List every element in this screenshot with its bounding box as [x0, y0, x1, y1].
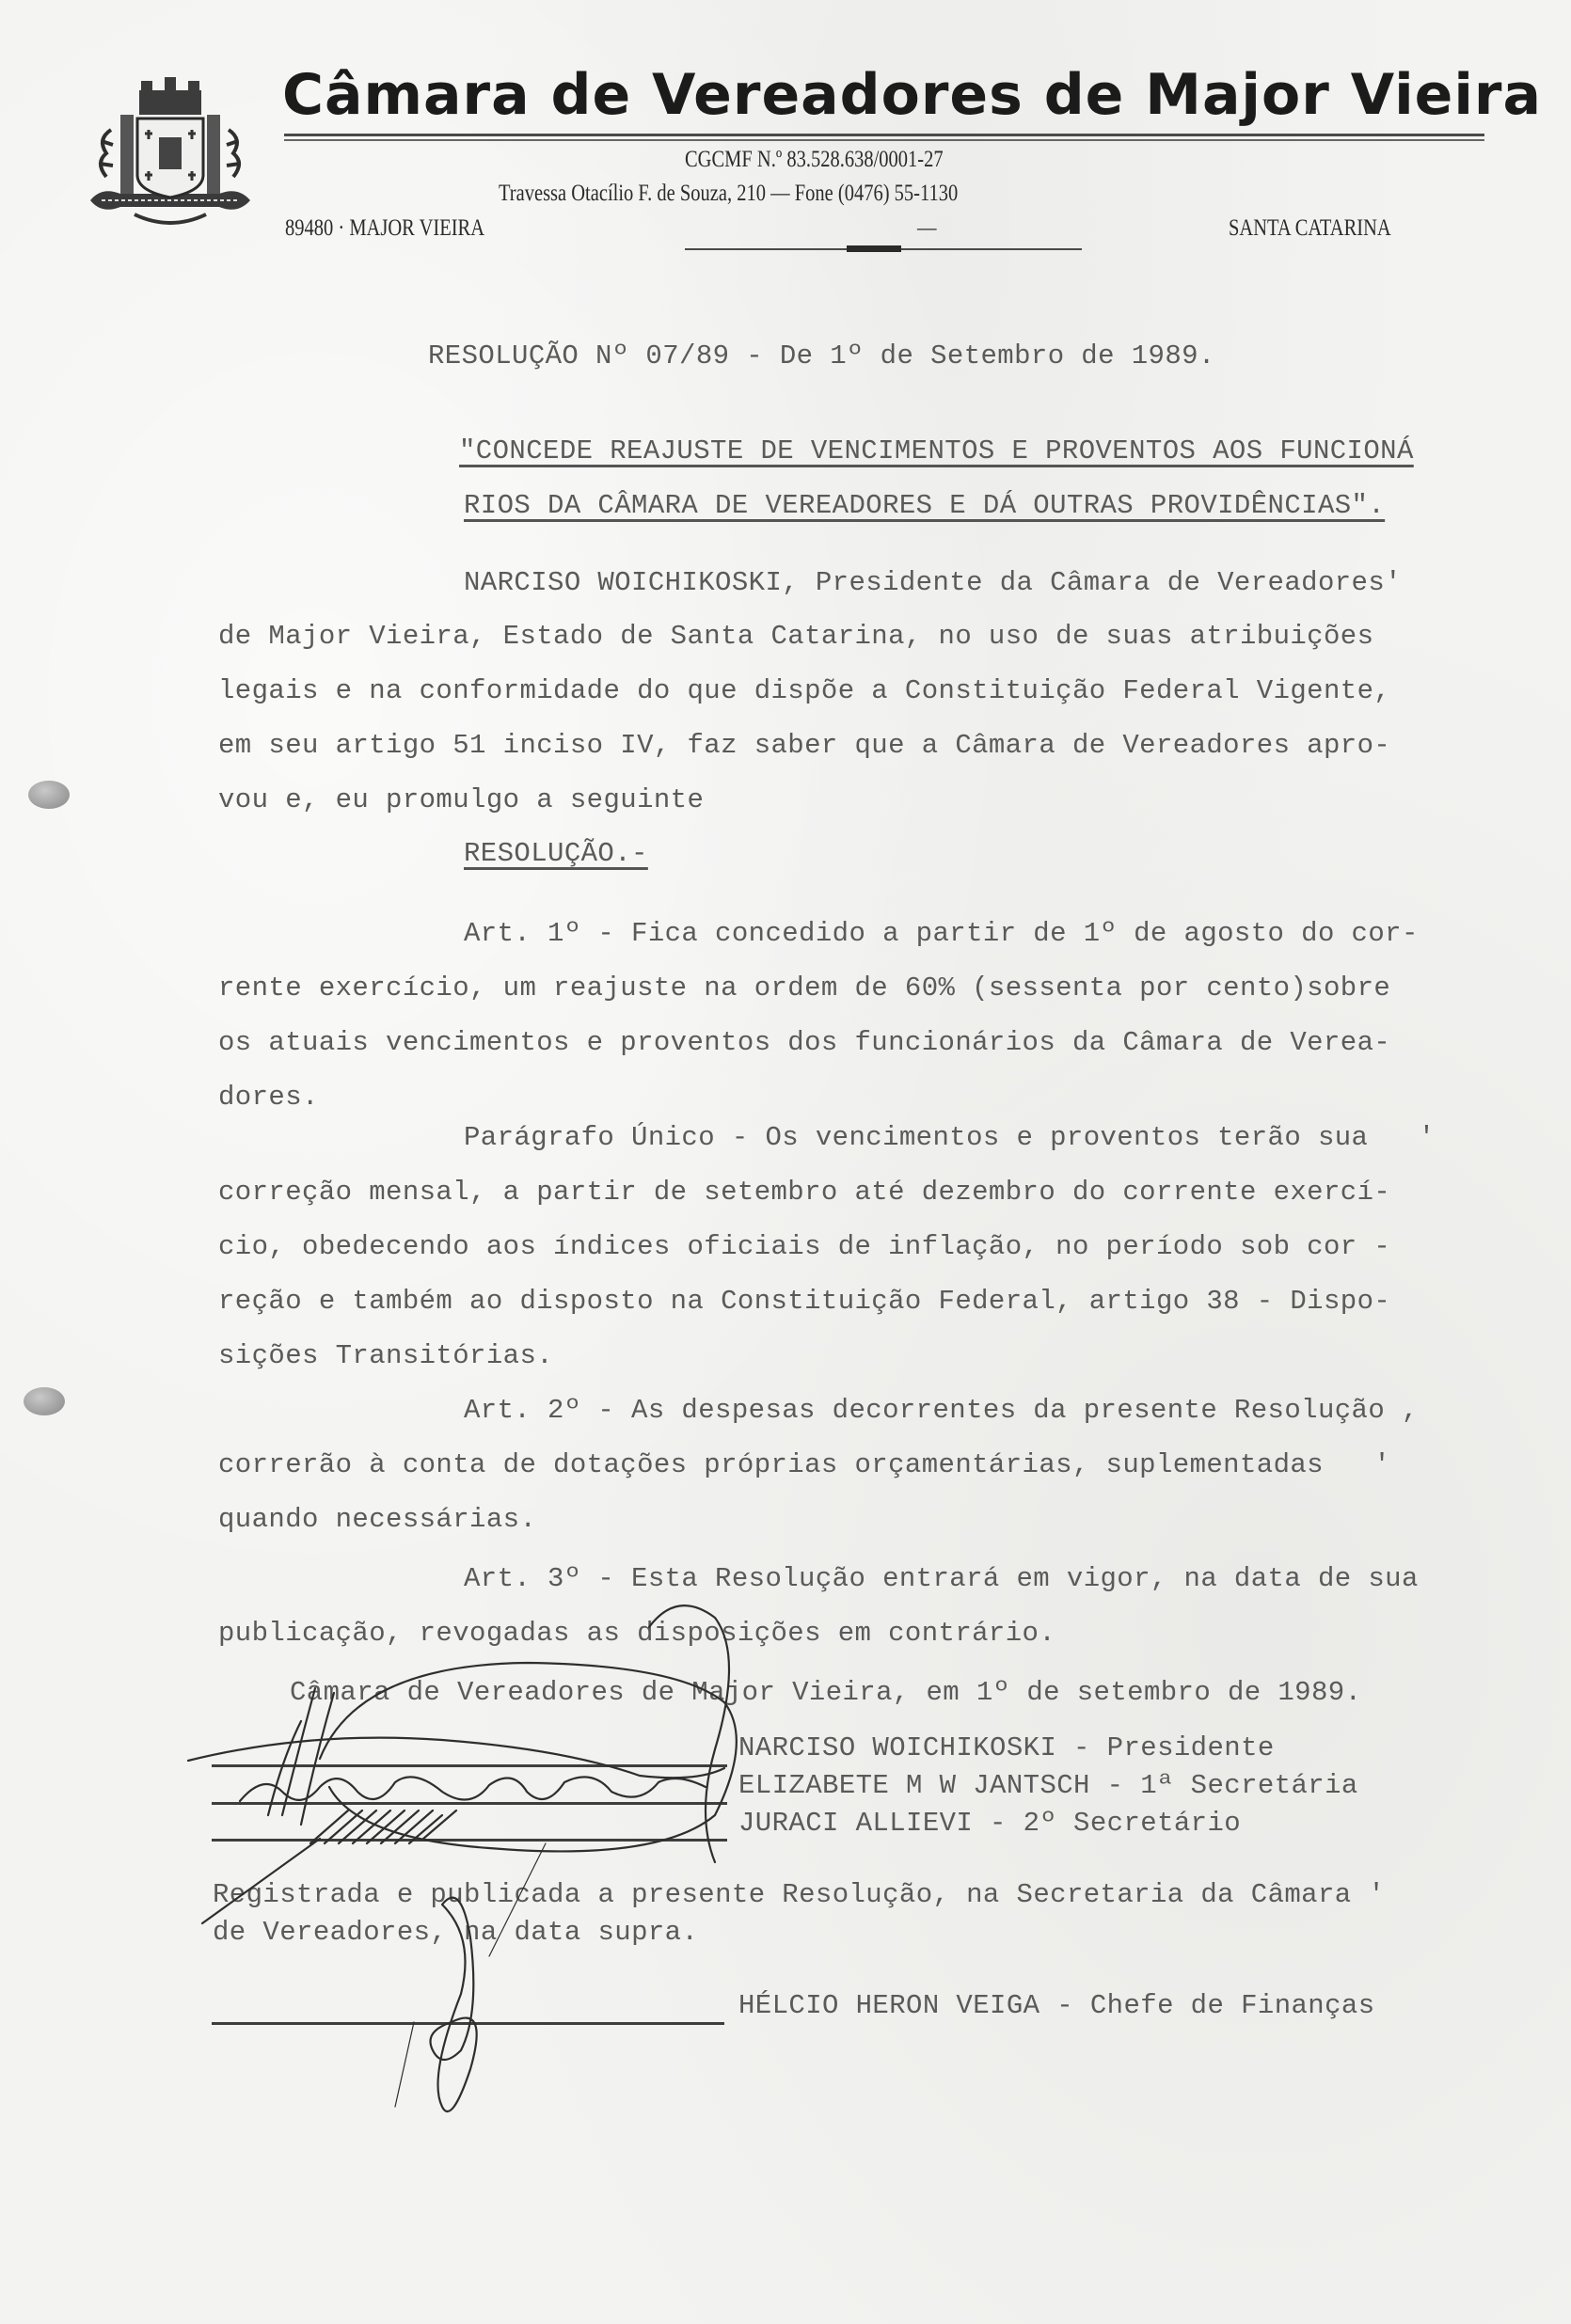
art1-line: dores. — [218, 1082, 319, 1113]
signatory-president: NARCISO WOICHIKOSKI - Presidente — [738, 1732, 1275, 1763]
paragrafo-unico-line: correção mensal, a partir de setembro at… — [218, 1177, 1390, 1208]
letterhead-cgc: CGCMF N.º 83.528.638/0001-27 — [685, 147, 944, 173]
paragrafo-unico-line: reção e também ao disposto na Constituiç… — [218, 1286, 1390, 1317]
resolution-subject-line-2: RIOS DA CÂMARA DE VEREADORES E DÁ OUTRAS… — [464, 490, 1385, 521]
art2-line: correrão à conta de dotações próprias or… — [218, 1449, 1390, 1480]
paragrafo-unico-line: Parágrafo Único - Os vencimentos e prove… — [464, 1122, 1436, 1153]
letterhead-address: Travessa Otacílio F. de Souza, 210 — Fon… — [499, 181, 958, 207]
signatory-second-secretary: JURACI ALLIEVI - 2º Secretário — [738, 1808, 1241, 1839]
preamble-line: em seu artigo 51 inciso IV, faz saber qu… — [218, 730, 1390, 761]
registration-line: Registrada e publicada a presente Resolu… — [213, 1879, 1385, 1910]
coat-of-arms-icon — [83, 73, 257, 233]
resolution-heading: RESOLUÇÃO Nº 07/89 - De 1º de Setembro d… — [428, 340, 1215, 372]
resolution-label: RESOLUÇÃO.- — [464, 838, 648, 869]
signature-line-president — [212, 1764, 727, 1767]
paragrafo-unico-line: sições Transitórias. — [218, 1340, 553, 1371]
letterhead-rule-bottom — [284, 139, 1484, 141]
art1-line: Art. 1º - Fica concedido a partir de 1º … — [464, 918, 1419, 949]
art3-line: Art. 3º - Esta Resolução entrará em vigo… — [464, 1563, 1419, 1594]
signature-line-first-secretary — [212, 1802, 727, 1805]
signatory-finance: HÉLCIO HERON VEIGA - Chefe de Finanças — [738, 1990, 1375, 2021]
letterhead-separator: — — [917, 215, 937, 242]
preamble-line: de Major Vieira, Estado de Santa Catarin… — [218, 621, 1373, 652]
letterhead-state: SANTA CATARINA — [1229, 215, 1391, 242]
letterhead-city: 89480 · MAJOR VIEIRA — [285, 215, 484, 242]
punch-hole-bottom — [24, 1387, 65, 1415]
art2-line: Art. 2º - As despesas decorrentes da pre… — [464, 1395, 1419, 1426]
signature-line-finance — [212, 2022, 724, 2025]
place-and-date: Câmara de Vereadores de Major Vieira, em… — [290, 1677, 1361, 1708]
art1-line: os atuais vencimentos e proventos dos fu… — [218, 1027, 1390, 1058]
preamble-line: legais e na conformidade do que dispõe a… — [218, 675, 1390, 706]
signature-line-second-secretary — [212, 1839, 727, 1842]
art1-line: rente exercício, um reajuste na ordem de… — [218, 972, 1390, 1004]
registration-line: de Vereadores, na data supra. — [213, 1917, 698, 1948]
art2-line: quando necessárias. — [218, 1504, 536, 1535]
ornament-center-bar — [847, 245, 901, 252]
coat-of-arms-emblem — [83, 73, 257, 233]
preamble-line: vou e, eu promulgo a seguinte — [218, 784, 704, 815]
letterhead-title: Câmara de Vereadores de Major Vieira — [282, 62, 1542, 128]
preamble-line: NARCISO WOICHIKOSKI, Presidente da Câmar… — [464, 567, 1402, 598]
resolution-subject-line-1: "CONCEDE REAJUSTE DE VENCIMENTOS E PROVE… — [459, 435, 1414, 466]
art3-line: publicação, revogadas as disposições em … — [218, 1618, 1055, 1649]
signatory-first-secretary: ELIZABETE M W JANTSCH - 1ª Secretária — [738, 1770, 1358, 1801]
paragrafo-unico-line: cio, obedecendo aos índices oficiais de … — [218, 1231, 1390, 1262]
punch-hole-top — [28, 781, 70, 809]
letterhead-rule-top — [284, 134, 1484, 136]
